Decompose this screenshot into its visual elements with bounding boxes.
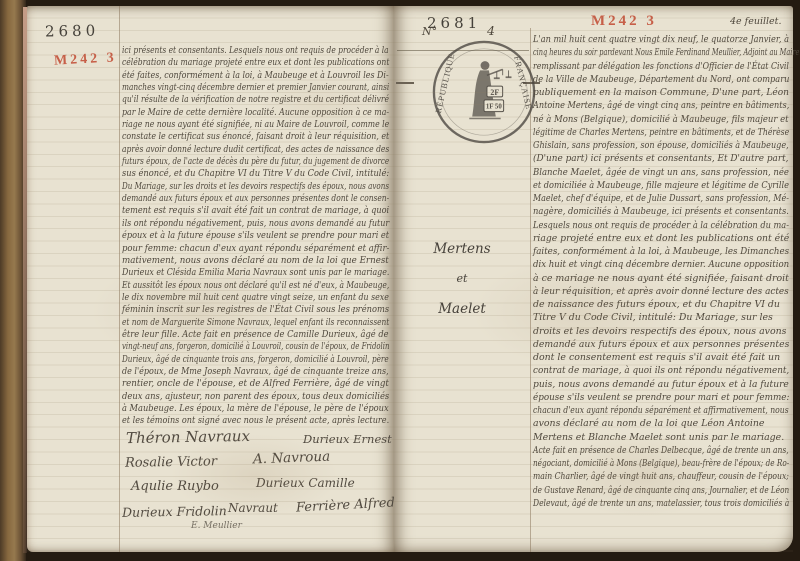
manuscript-line: négociant, domicilié à Mons (Belgique), … (533, 457, 732, 470)
signature: E. Meullier (191, 521, 242, 531)
signature: Ferrière Alfred (296, 495, 396, 515)
manuscript-line: né à Mons (Belgique), domicilié à Maubeu… (533, 113, 765, 126)
signature: Théron Navraux (126, 427, 250, 447)
manuscript-line: avons déclaré au nom de la loi que Léon … (533, 417, 789, 430)
manuscript-line: droits et les devoirs respectifs des épo… (533, 325, 789, 338)
manuscript-line: à ce mariage ne nous ayant été signifiée… (533, 272, 789, 285)
right-archive-stamp: M242 3 (591, 13, 657, 30)
act-number-label: N° (422, 25, 437, 38)
manuscript-line: (D'une part) ici présents et consentants… (533, 152, 776, 165)
seal-value-bottom: 1F 50 (486, 104, 503, 111)
manuscript-line: de naissance des futurs époux, et du Cha… (533, 298, 789, 311)
manuscript-line: à leur réquisition, et après avoir donné… (533, 285, 776, 298)
civil-register-book: 2680 M242 3 ici présents et consentants.… (0, 0, 800, 561)
signature: Durieux Ernest (303, 432, 392, 446)
manuscript-line: Mertens et Blanche Maelet sont unis par … (533, 431, 789, 444)
manuscript-line: contrat de mariage, à quoi ils ont répon… (533, 364, 774, 377)
manuscript-line: de Gustave Renard, âgé de cinquante cinq… (533, 484, 732, 497)
manuscript-line: Titre V du Code Civil, intitulé: Du Mari… (533, 311, 789, 324)
manuscript-line: dont le consentement est requis s'il ava… (533, 351, 789, 364)
margin-note-bride: Maelet (394, 294, 530, 324)
manuscript-line: demandé aux futurs époux et aux personne… (533, 338, 785, 351)
manuscript-line: Acte fait en présence de Charles Delbecq… (533, 444, 740, 457)
manuscript-line: Delevaut, âgé de trente un ans, matelass… (533, 497, 740, 510)
manuscript-line: Ghislain, sans profession, son épouse, d… (533, 139, 754, 152)
folio-label: 4e feuillet. (730, 16, 782, 27)
seal-arc-text-right: FRANÇAISE (512, 55, 533, 111)
manuscript-line: chacun d'eux ayant répondu séparément et… (533, 404, 742, 417)
manuscript-line: Lesquels nous ont requis de procéder à l… (533, 219, 758, 232)
seal-arc-text-left: RÉPUBLIQUE (433, 52, 457, 114)
margin-note-et: et (394, 264, 530, 294)
seal-value-top: 2F (490, 88, 499, 97)
manuscript-line: publiquement en la maison Commune, D'une… (533, 86, 779, 99)
manuscript-line: riage projeté entre eux et dont les publ… (533, 232, 785, 245)
manuscript-line: Maelet, chef d'équipe, et de Julie Dussa… (533, 192, 751, 205)
manuscript-line: épouse s'ils veulent se prendre pour mar… (533, 391, 773, 404)
signature: Durieux Camille (256, 476, 355, 490)
manuscript-line: nagère, domiciliés à Maubeuge, ici prése… (533, 205, 762, 218)
republique-francaise-fiscal-seal-icon: RÉPUBLIQUE FRANÇAISE 2F 1F 50 (430, 38, 538, 146)
signature: Aqulie Ruybo (131, 479, 219, 494)
manuscript-line: Blanche Maelet, âgée de vingt un ans, sa… (533, 166, 765, 179)
seal-flank-dash-left (396, 82, 414, 84)
manuscript-line: Antoine Mertens, âgé de vingt cinq ans, … (533, 99, 755, 112)
margin-note-groom: Mertens (394, 234, 530, 264)
manuscript-line: faites, conformément à la loi, à Maubeug… (533, 245, 771, 258)
manuscript-line: et domiciliée à Maubeuge, fille majeure … (533, 179, 758, 192)
manuscript-line: dix huit et vingt cinq décembre dernier.… (533, 258, 767, 271)
manuscript-line: légitime de Charles Mertens, peintre en … (533, 126, 743, 139)
act-number: 4 (487, 23, 495, 38)
margin-note-parties: Mertens et Maelet (394, 234, 530, 324)
manuscript-line: main Charlier, âgé de vingt huit ans, ch… (533, 470, 742, 483)
left-page: 2680 M242 3 ici présents et consentants.… (27, 6, 394, 552)
manuscript-line: puis, nous avons demandé au futur époux … (533, 378, 782, 391)
signature: Navraut (228, 501, 278, 515)
manuscript-line: de la Ville de Maubeuge, Département du … (533, 73, 758, 86)
right-page: 2681 M242 3 4e feuillet. N° 4 RÉPUBLIQUE… (394, 6, 793, 552)
manuscript-line: cinq heures du soir pardevant Nous Emile… (533, 46, 712, 59)
signature: Durieux Fridolin (122, 503, 227, 520)
signature-block: Théron Navraux Durieux Ernest Rosalie Vi… (27, 6, 394, 552)
signature: A. Navroua (253, 449, 331, 468)
manuscript-line: remplissant par délégation les fonctions… (533, 60, 747, 73)
signature: Rosalie Victor (125, 454, 217, 471)
manuscript-line: L'an mil huit cent quatre vingt dix neuf… (533, 33, 757, 46)
right-act-text: L'an mil huit cent quatre vingt dix neuf… (533, 33, 789, 510)
